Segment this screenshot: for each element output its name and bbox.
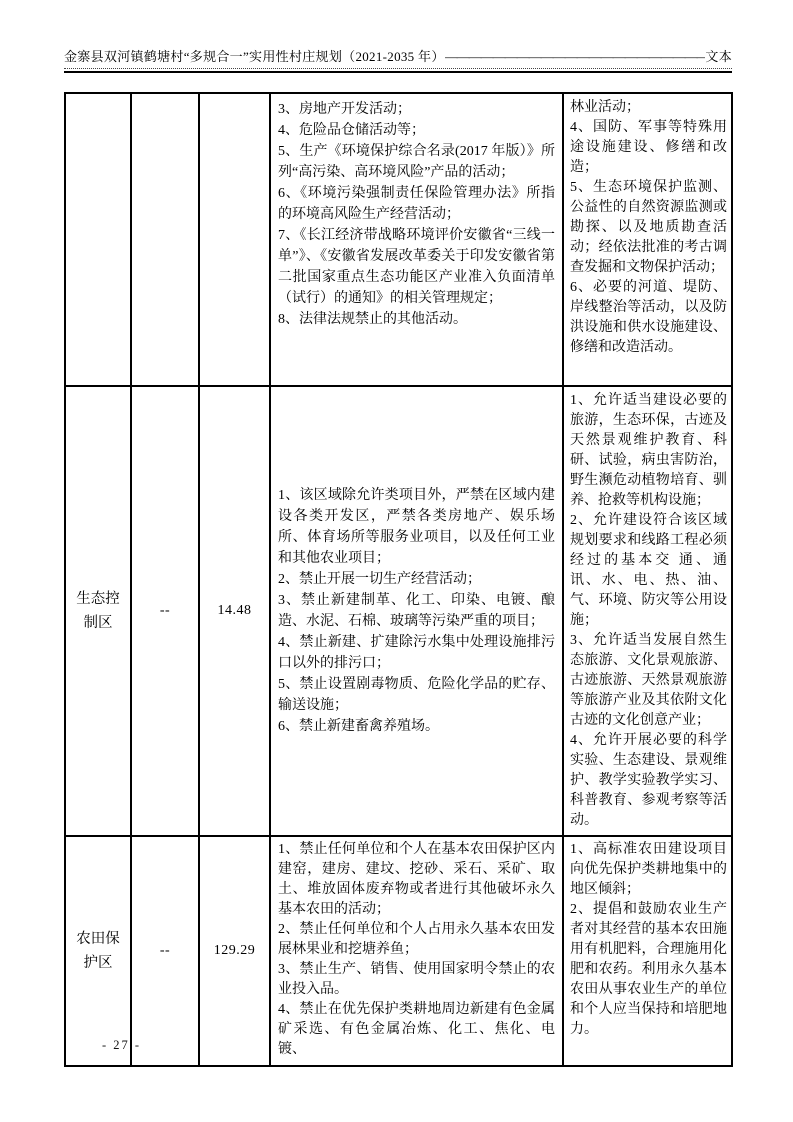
table-row-farmland-protection-zone: 农田保护区 -- 129.29 1、禁止任何单位和个人在基本农田保护区内建窑，建… — [65, 836, 732, 1066]
allowed-activities-cell: 1、允许适当建设必要的旅游，生态环保，古迹及天然景观维护教育、科研、试验，病虫害… — [563, 386, 732, 836]
allowed-activities-cell: 1、高标准农田建设项目向优先保护类耕地集中的地区倾斜； 2、提倡和鼓励农业生产者… — [563, 836, 732, 1066]
header-dash-leader: —————————————————————————— — [445, 49, 706, 65]
rule-item: 2、禁止开展一切生产经营活动； — [278, 569, 555, 590]
rule-item: 7、《长江经济带战略环境评价安徽省“三线一单”》、《安徽省发展改革委关于印发安徽… — [278, 225, 555, 309]
rule-item: 2、禁止任何单位和个人占用永久基本农田发展林果业和挖塘养鱼； — [278, 920, 555, 960]
rule-item: 1、禁止任何单位和个人在基本农田保护区内建窑，建房、建坟、挖砂、采石、采矿、取土… — [278, 840, 555, 920]
zone-name-cell: 生态控制区 — [65, 386, 131, 836]
page-header: 金寨县双河镇鹤塘村“多规合一”实用性村庄规划（2021-2035 年） ————… — [64, 46, 732, 73]
prohibited-activities-cell: 1、禁止任何单位和个人在基本农田保护区内建窑，建房、建坟、挖砂、采石、采矿、取土… — [270, 836, 563, 1066]
rule-item: 3、允许适当发展自然生态旅游、文化景观旅游、古迹旅游、天然景观旅游等旅游产业及其… — [570, 631, 727, 731]
rule-item: 5、生态环境保护监测、公益性的自然资源监测或勘探、以及地质勘查活动；经依法批准的… — [570, 178, 727, 278]
rule-item: 2、允许建设符合该区域规划要求和线路工程必须经过的基本交 通、通讯、水、电、热、… — [570, 511, 727, 631]
area-value-cell: 14.48 — [199, 386, 270, 836]
prohibited-activities-cell: 1、该区域除允许类项目外，严禁在区域内建设各类开发区，严禁各类房地产、娱乐场所、… — [270, 386, 563, 836]
dash-cell: -- — [131, 836, 199, 1066]
rule-item: 6、禁止新建畜禽养殖场。 — [278, 716, 555, 737]
rule-item: 6、《环境污染强制责任保险管理办法》所指的环境高风险生产经营活动； — [278, 183, 555, 225]
table-row-continuation: 3、房地产开发活动； 4、危险品仓储活动等； 5、生产《环境保护综合名录(201… — [65, 93, 732, 386]
table-row-ecological-control-zone: 生态控制区 -- 14.48 1、该区域除允许类项目外，严禁在区域内建设各类开发… — [65, 386, 732, 836]
document-title: 金寨县双河镇鹤塘村“多规合一”实用性村庄规划（2021-2035 年） — [64, 46, 445, 65]
header-rule — [64, 71, 732, 73]
rule-item: 3、禁止新建制革、化工、印染、电镀、酿造、水泥、石棉、玻璃等污染严重的项目； — [278, 590, 555, 632]
rule-item: 4、禁止新建、扩建除污水集中处理设施排污口以外的排污口； — [278, 632, 555, 674]
page-number: - 27 - — [102, 1038, 141, 1053]
rule-item: 5、生产《环境保护综合名录(2017 年版）》所列“高污染、高环境风险”产品的活… — [278, 141, 555, 183]
document-page: 金寨县双河镇鹤塘村“多规合一”实用性村庄规划（2021-2035 年） ————… — [0, 0, 793, 1122]
zone-name-cell: 农田保护区 — [65, 836, 131, 1066]
area-value-cell — [199, 93, 270, 386]
prohibited-activities-cell: 3、房地产开发活动； 4、危险品仓储活动等； 5、生产《环境保护综合名录(201… — [270, 93, 563, 386]
rule-item: 4、允许开展必要的科学实验、生态建设、景观维护、教学实验教学实习、科普教育、参观… — [570, 731, 727, 831]
dash-cell — [131, 93, 199, 386]
rule-item: 林业活动； — [570, 98, 727, 118]
rule-item: 4、危险品仓储活动等； — [278, 120, 555, 141]
rule-item: 1、该区域除允许类项目外，严禁在区域内建设各类开发区，严禁各类房地产、娱乐场所、… — [278, 485, 555, 569]
rule-item: 1、高标准农田建设项目向优先保护类耕地集中的地区倾斜； — [570, 840, 727, 900]
rule-item: 3、房地产开发活动； — [278, 99, 555, 120]
header-line: 金寨县双河镇鹤塘村“多规合一”实用性村庄规划（2021-2035 年） ————… — [64, 46, 732, 69]
allowed-activities-cell: 林业活动； 4、国防、军事等特殊用途设施建设、修缮和改造； 5、生态环境保护监测… — [563, 93, 732, 386]
rule-item: 2、提倡和鼓励农业生产者对其经营的基本农田施用有机肥料，合理施用化肥和农药。利用… — [570, 900, 727, 1040]
dash-cell: -- — [131, 386, 199, 836]
rule-item: 6、必要的河道、堤防、岸线整治等活动，以及防洪设施和供水设施建设、修缮和改造活动… — [570, 278, 727, 358]
zoning-control-table: 3、房地产开发活动； 4、危险品仓储活动等； 5、生产《环境保护综合名录(201… — [64, 92, 733, 1067]
rule-item: 3、禁止生产、销售、使用国家明令禁止的农业投入品。 — [278, 960, 555, 1000]
zone-name-cell — [65, 93, 131, 386]
rule-item: 1、允许适当建设必要的旅游，生态环保，古迹及天然景观维护教育、科研、试验，病虫害… — [570, 391, 727, 511]
header-doc-type-label: 文本 — [705, 46, 732, 65]
rule-item: 4、国防、军事等特殊用途设施建设、修缮和改造； — [570, 118, 727, 178]
rule-item: 8、法律法规禁止的其他活动。 — [278, 309, 555, 330]
rule-item: 4、禁止在优先保护类耕地周边新建有色金属矿采选、有色金属冶炼、化工、焦化、电镀、 — [278, 1000, 555, 1060]
rule-item: 5、禁止设置剧毒物质、危险化学品的贮存、输送设施； — [278, 674, 555, 716]
area-value-cell: 129.29 — [199, 836, 270, 1066]
